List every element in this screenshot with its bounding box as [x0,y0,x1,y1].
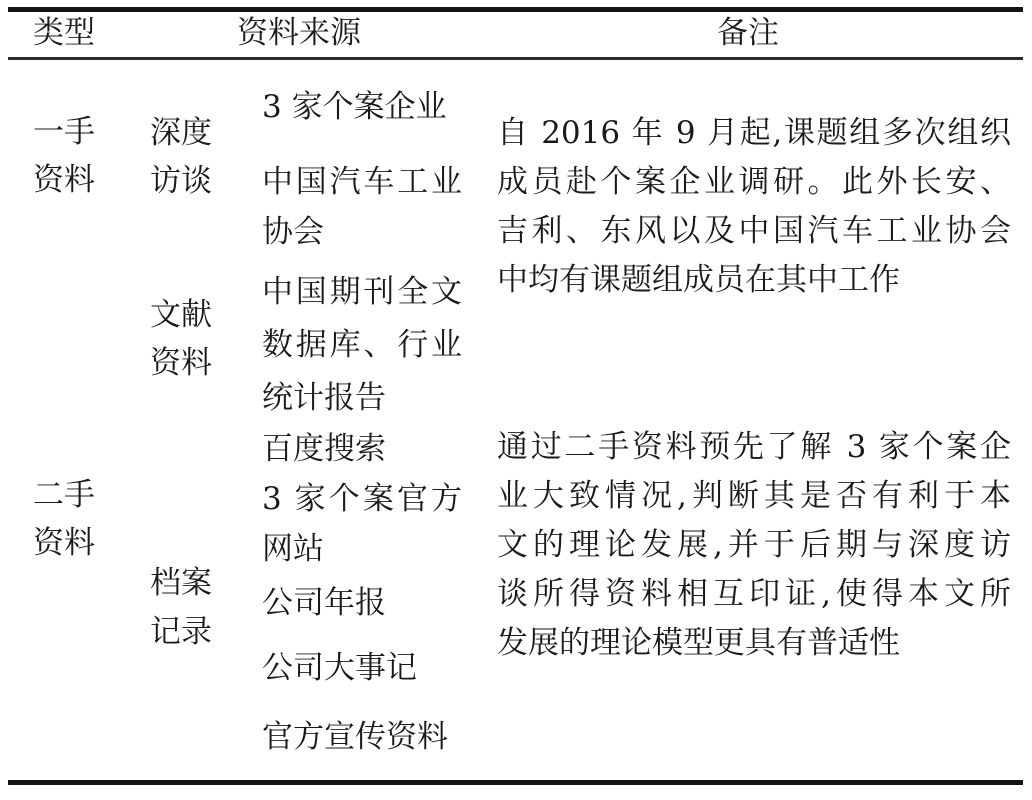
text-line: 深度 [150,109,212,157]
text-line: 访谈 [150,157,212,205]
text-line: 成员赴个案企业调研。此外长安、 [497,158,1011,207]
text-line: 档案 [150,559,212,608]
data-sources-table: 类型 资料来源 备注 一手 资料 二手 资料 深度 访谈 文献 资料 档案 记录… [0,0,1032,800]
text-line: 文的理论发展,并于后期与深度访 [497,521,1011,570]
text-line: 谈所得资料相互印证,使得本文所 [497,570,1011,619]
text-line: 资料 [150,339,212,387]
table-header-rule [8,57,1023,60]
note-primary-data: 自 2016 年 9 月起,课题组多次组织 成员赴个案企业调研。此外长安、 吉利… [497,109,1011,305]
source-item-journal-database: 中国期刊全文 数据库、行业 统计报告 [262,266,462,425]
source-item-official-publicity: 官方宣传资料 [262,713,462,761]
text-line: 记录 [150,608,212,657]
text-line: 中国汽车工业 [262,157,462,207]
text-line: 一手 [33,108,95,156]
method-cell-literature-data: 文献 资料 [150,291,212,387]
text-line: 3 家个案企业 [262,83,462,131]
text-line: 公司年报 [262,579,462,627]
note-secondary-data: 通过二手资料预先了解 3 家个案企 业大致情况,判断其是否有利于本 文的理论发展… [497,423,1011,668]
source-item-caam: 中国汽车工业 协会 [262,157,462,257]
text-line: 数据库、行业 [262,319,462,372]
method-cell-depth-interview: 深度 访谈 [150,109,212,205]
text-line: 百度搜索 [262,425,462,473]
text-line: 文献 [150,291,212,339]
text-line: 资料 [33,156,95,204]
text-line: 通过二手资料预先了解 3 家个案企 [497,423,1011,472]
column-header-type: 类型 [33,10,95,56]
source-item-baidu-search: 百度搜索 [262,425,462,473]
table-top-rule [8,7,1023,12]
text-line: 公司大事记 [262,644,462,692]
text-line: 协会 [262,207,462,257]
text-line: 中均有课题组成员在其中工作 [497,256,1011,305]
text-line: 自 2016 年 9 月起,课题组多次组织 [497,109,1011,158]
text-line: 官方宣传资料 [262,713,462,761]
source-item-official-websites: 3 家个案官方 网站 [262,474,462,574]
method-cell-archive-records: 档案 记录 [150,559,212,657]
column-header-note: 备注 [717,10,779,56]
text-line: 网站 [262,524,462,574]
text-line: 资料 [33,519,95,567]
source-item-case-firms: 3 家个案企业 [262,83,462,131]
column-header-source: 资料来源 [237,10,361,56]
text-line: 吉利、东风以及中国汽车工业协会 [497,207,1011,256]
type-cell-primary-data: 一手 资料 [33,108,95,204]
type-cell-secondary-data: 二手 资料 [33,471,95,567]
text-line: 发展的理论模型更具有普适性 [497,619,1011,668]
table-bottom-rule [8,780,1023,785]
text-line: 中国期刊全文 [262,266,462,319]
source-item-company-milestones: 公司大事记 [262,644,462,692]
source-item-annual-reports: 公司年报 [262,579,462,627]
text-line: 3 家个案官方 [262,474,462,524]
text-line: 二手 [33,471,95,519]
text-line: 统计报告 [262,372,462,425]
text-line: 业大致情况,判断其是否有利于本 [497,472,1011,521]
